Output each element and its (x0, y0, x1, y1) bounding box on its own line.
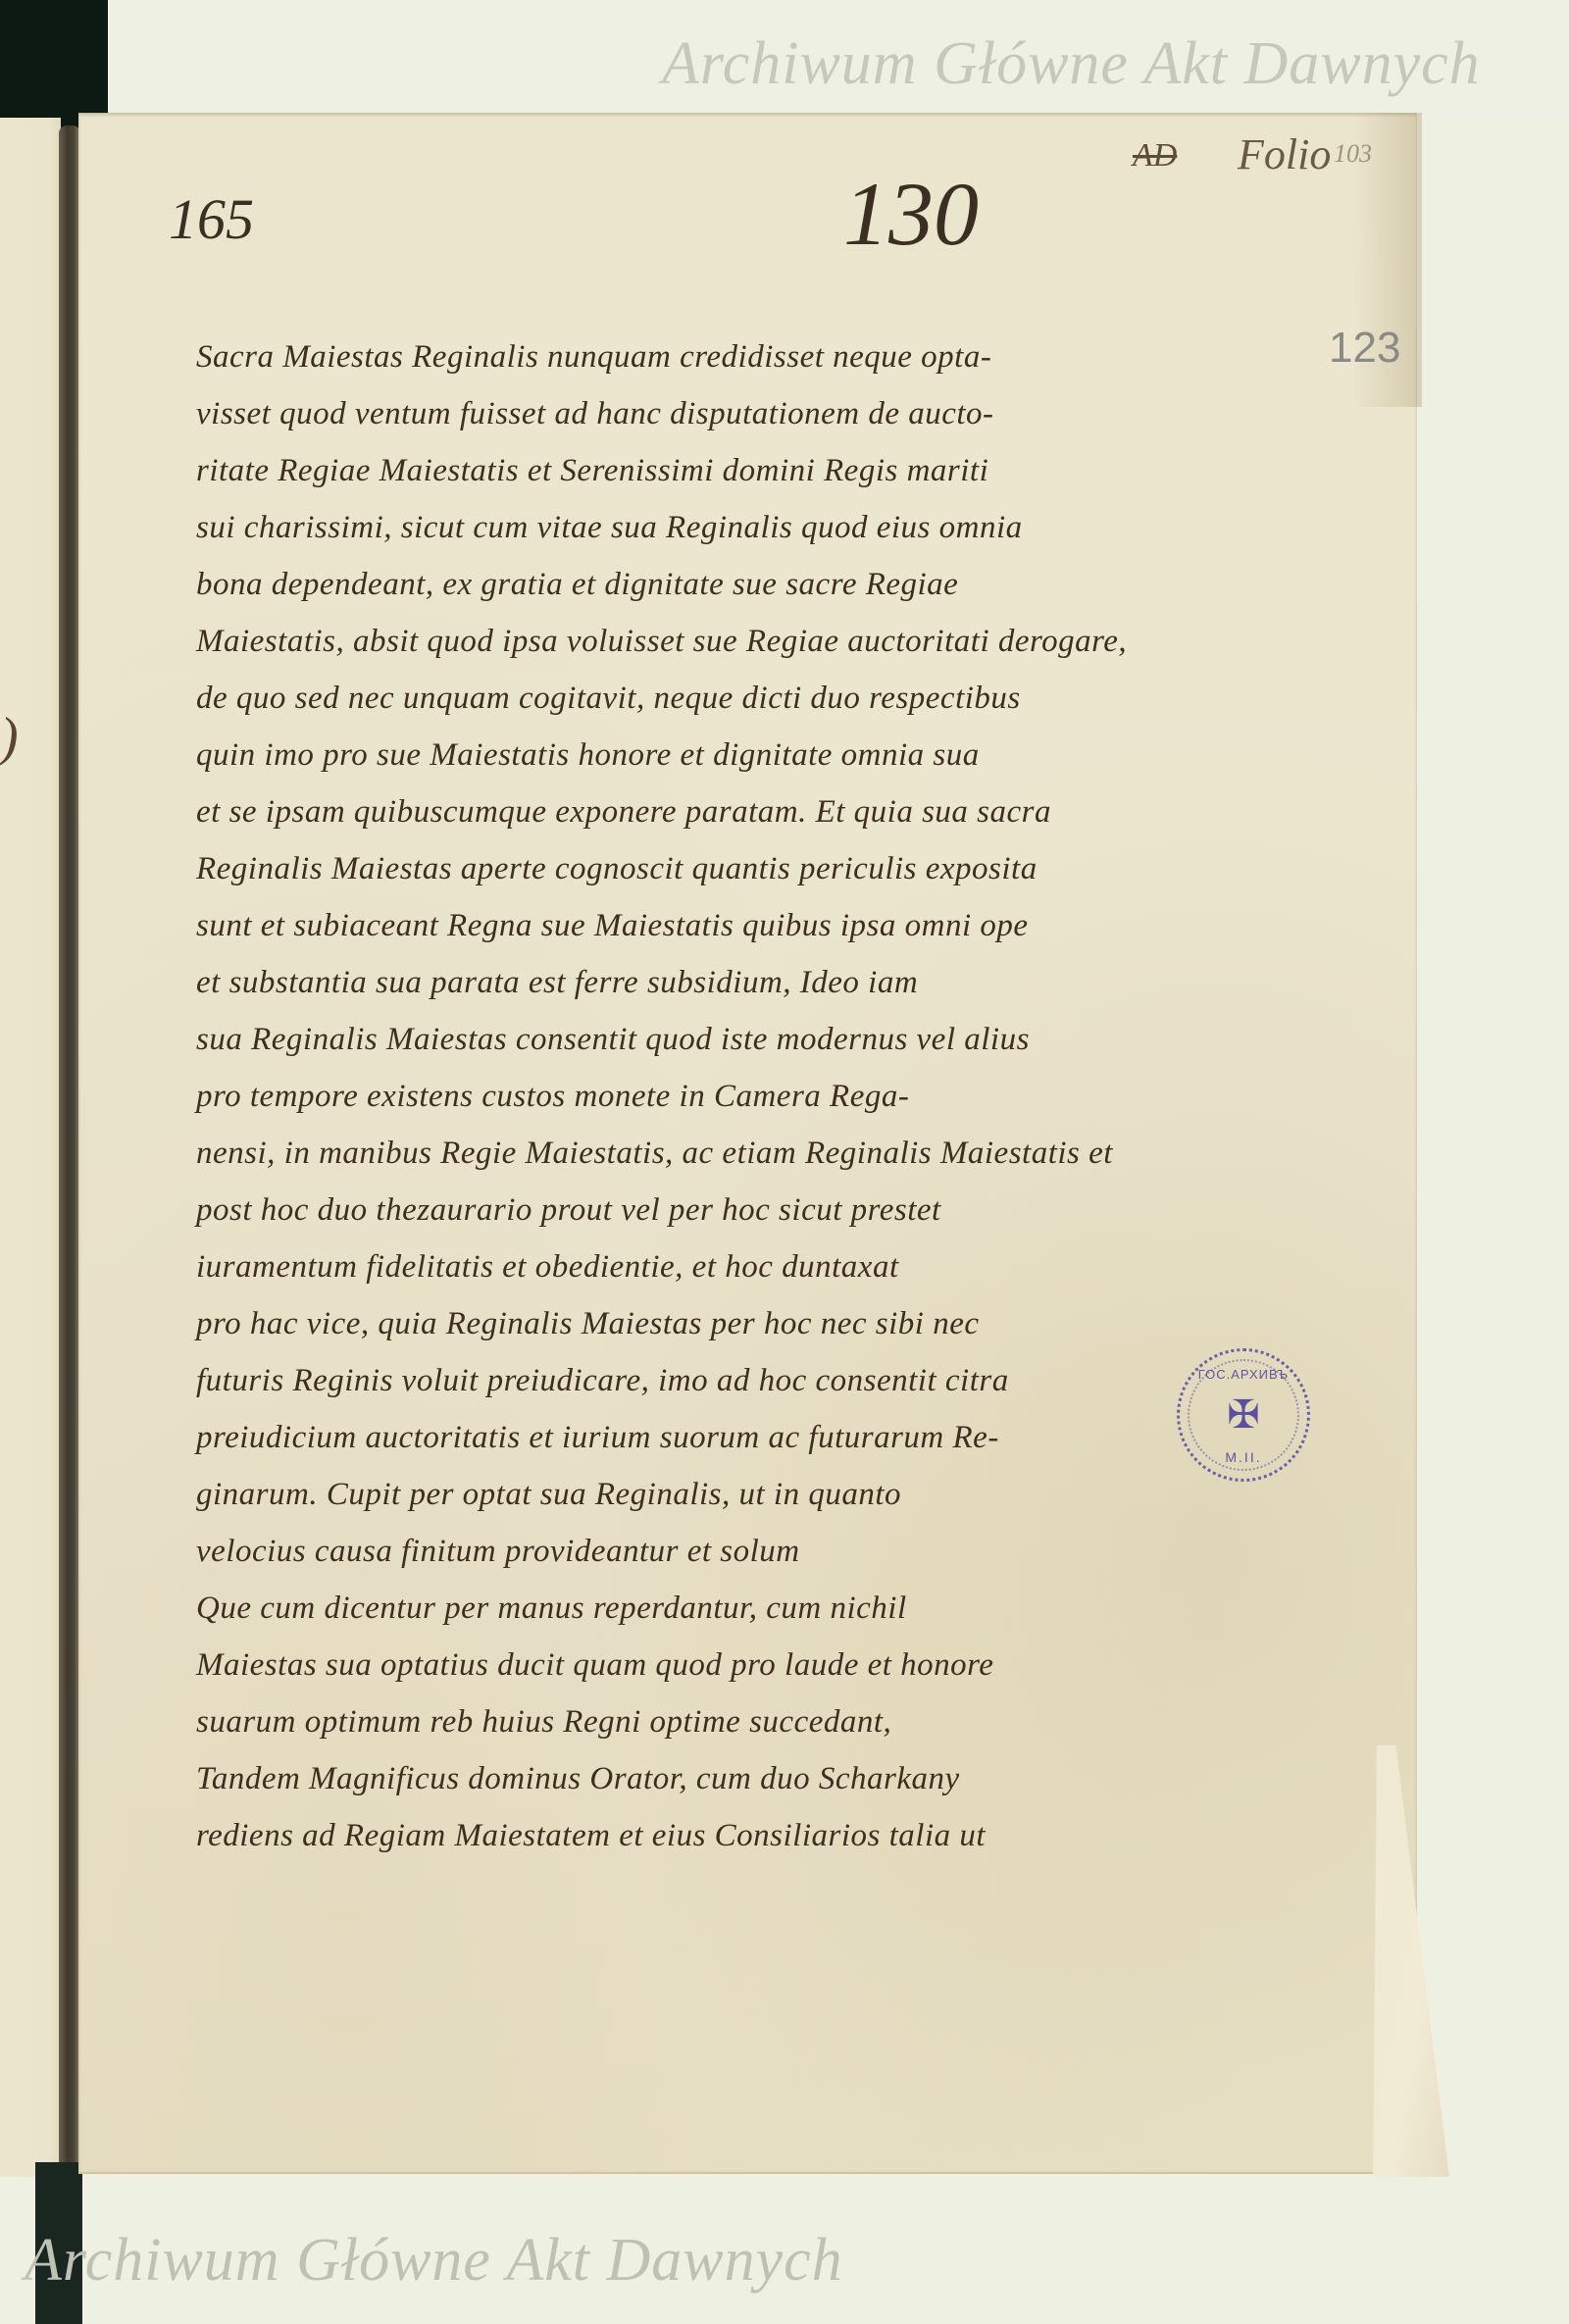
manuscript-line: bona dependeant, ex gratia et dignitate … (196, 556, 1177, 613)
manuscript-line: ritate Regiae Maiestatis et Serenissimi … (196, 442, 1177, 499)
archive-stamp: ГОС.АРХИВЪ ✠ M.II. (1177, 1348, 1310, 1482)
manuscript-line: velocius causa finitum provideantur et s… (196, 1523, 1177, 1580)
left-folio-number: 165 (169, 186, 254, 252)
manuscript-line: et se ipsam quibuscumque exponere parata… (196, 783, 1177, 840)
manuscript-line: sunt et subiaceant Regna sue Maiestatis … (196, 897, 1177, 954)
manuscript-line: pro hac vice, quia Reginalis Maiestas pe… (196, 1295, 1177, 1352)
margin-pencil-number: 123 (1329, 324, 1400, 373)
manuscript-line: de quo sed nec unquam cogitavit, neque d… (196, 670, 1177, 727)
manuscript-line: Maiestas sua optatius ducit quam quod pr… (196, 1637, 1177, 1693)
manuscript-line: Que cum dicentur per manus reperdantur, … (196, 1580, 1177, 1637)
manuscript-text: Sacra Maiestas Reginalis nunquam credidi… (196, 328, 1177, 1864)
folio-pencil-number: 103 (1334, 139, 1372, 169)
manuscript-line: Maiestatis, absit quod ipsa voluisset su… (196, 613, 1177, 670)
manuscript-line: sua Reginalis Maiestas consentit quod is… (196, 1011, 1177, 1068)
left-facing-page (0, 118, 61, 2177)
manuscript-line: et substantia sua parata est ferre subsi… (196, 954, 1177, 1011)
left-page-ink-stroke: ) (0, 706, 19, 769)
book-gutter (59, 126, 80, 2175)
manuscript-line: preiudicium auctoritatis et iurium suoru… (196, 1409, 1177, 1466)
stamp-bottom-text: M.II. (1225, 1449, 1261, 1465)
folio-label: Folio (1238, 129, 1331, 179)
archive-watermark-bottom: Archiwum Główne Akt Dawnych (25, 2226, 843, 2296)
struck-through-number: AD (1133, 137, 1177, 175)
manuscript-line: post hoc duo thezaurario prout vel per h… (196, 1182, 1177, 1238)
manuscript-line: visset quod ventum fuisset ad hanc dispu… (196, 385, 1177, 442)
center-folio-number: 130 (843, 162, 979, 266)
manuscript-line: futuris Reginis voluit preiudicare, imo … (196, 1352, 1177, 1409)
manuscript-line: Tandem Magnificus dominus Orator, cum du… (196, 1750, 1177, 1807)
manuscript-line: rediens ad Regiam Maiestatem et eius Con… (196, 1807, 1177, 1864)
stamp-top-text: ГОС.АРХИВЪ (1198, 1367, 1289, 1382)
manuscript-line: quin imo pro sue Maiestatis honore et di… (196, 727, 1177, 783)
manuscript-line: Sacra Maiestas Reginalis nunquam credidi… (196, 328, 1177, 385)
archive-watermark-top: Archiwum Główne Akt Dawnych (662, 29, 1481, 99)
manuscript-line: suarum optimum reb huius Regni optime su… (196, 1693, 1177, 1750)
manuscript-line: iuramentum fidelitatis et obedientie, et… (196, 1238, 1177, 1295)
manuscript-line: nensi, in manibus Regie Maiestatis, ac e… (196, 1125, 1177, 1182)
manuscript-line: sui charissimi, sicut cum vitae sua Regi… (196, 499, 1177, 556)
manuscript-line: ginarum. Cupit per optat sua Reginalis, … (196, 1466, 1177, 1523)
manuscript-line: pro tempore existens custos monete in Ca… (196, 1068, 1177, 1125)
manuscript-line: Reginalis Maiestas aperte cognoscit quan… (196, 840, 1177, 897)
